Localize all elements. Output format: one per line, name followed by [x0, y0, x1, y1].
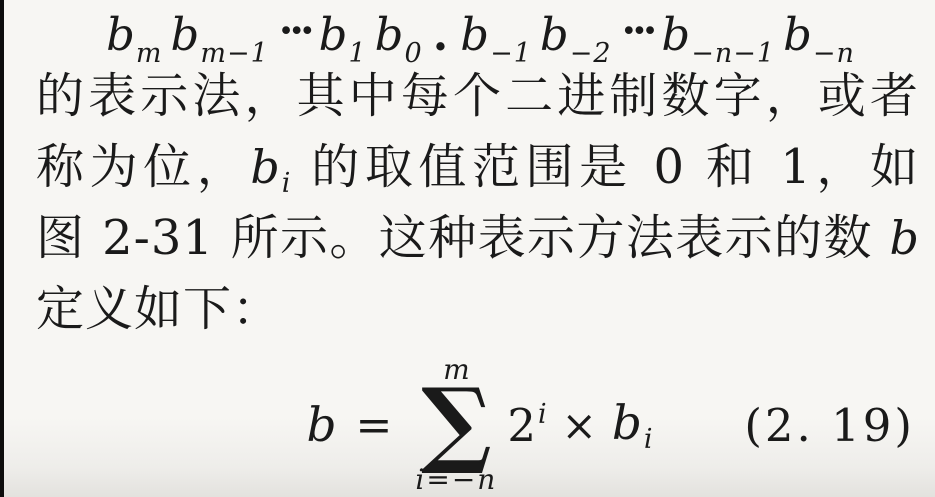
power-exponent: i	[538, 399, 547, 430]
power-term: 2i	[507, 399, 546, 452]
text-segment: 定义如下：	[36, 281, 281, 337]
text-segment: 的取值范围是 0 和 1，如	[290, 139, 919, 195]
scanned-textbook-page: bmbm−1···b1b0.b−1b−2···b−n−1b−n 的表示法，其中每…	[0, 0, 935, 497]
equation-number: (2. 19)	[744, 403, 915, 448]
summation-lower-limit: i=−n	[415, 466, 497, 494]
text-segment: 图 2-31 所示。这种表示方法表示的数	[36, 210, 890, 266]
sigma-symbol: ∑	[421, 387, 492, 460]
text-segment: b	[460, 8, 489, 61]
body-paragraph: 的表示法，其中每个二进制数字，或者 称为位，bi 的取值范围是 0 和 1，如 …	[0, 61, 935, 345]
paragraph-line-3: 图 2-31 所示。这种表示方法表示的数 b	[36, 203, 919, 274]
text-segment: i	[415, 463, 426, 496]
bit-variable-term: bi	[612, 396, 653, 455]
text-segment: n	[477, 463, 497, 496]
text-segment: 的表示法，其中每个二进制数字，或者	[36, 68, 919, 124]
paragraph-line-1: 的表示法，其中每个二进制数字，或者	[36, 61, 919, 132]
text-segment: b	[250, 140, 279, 194]
text-segment: b	[106, 8, 135, 61]
multiplication-sign: ×	[562, 401, 597, 450]
text-segment: 称为位，	[36, 139, 250, 195]
power-base: 2	[507, 399, 536, 452]
text-segment: =−	[426, 463, 477, 496]
text-segment: b	[540, 8, 569, 61]
equation-lhs-variable: b	[306, 398, 336, 453]
text-segment: .	[433, 8, 449, 61]
bit-variable-subscript: i	[644, 424, 653, 455]
summation-operator: m ∑ i=−n	[415, 356, 497, 493]
bit-variable: b	[612, 396, 642, 451]
paragraph-line-4: 定义如下：	[36, 274, 919, 345]
text-segment: ···	[279, 6, 311, 55]
binary-digit-string-formula: bmbm−1···b1b0.b−1b−2···b−n−1b−n	[0, 0, 935, 62]
text-segment: b	[171, 8, 200, 61]
text-segment: b	[890, 211, 919, 265]
text-segment: ···	[622, 6, 654, 55]
text-segment: b	[783, 8, 812, 61]
text-segment: b	[375, 8, 404, 61]
equals-sign: =	[356, 400, 393, 451]
text-segment: b	[319, 8, 348, 61]
paragraph-line-2: 称为位，bi 的取值范围是 0 和 1，如	[36, 132, 919, 203]
text-segment: b	[661, 8, 690, 61]
